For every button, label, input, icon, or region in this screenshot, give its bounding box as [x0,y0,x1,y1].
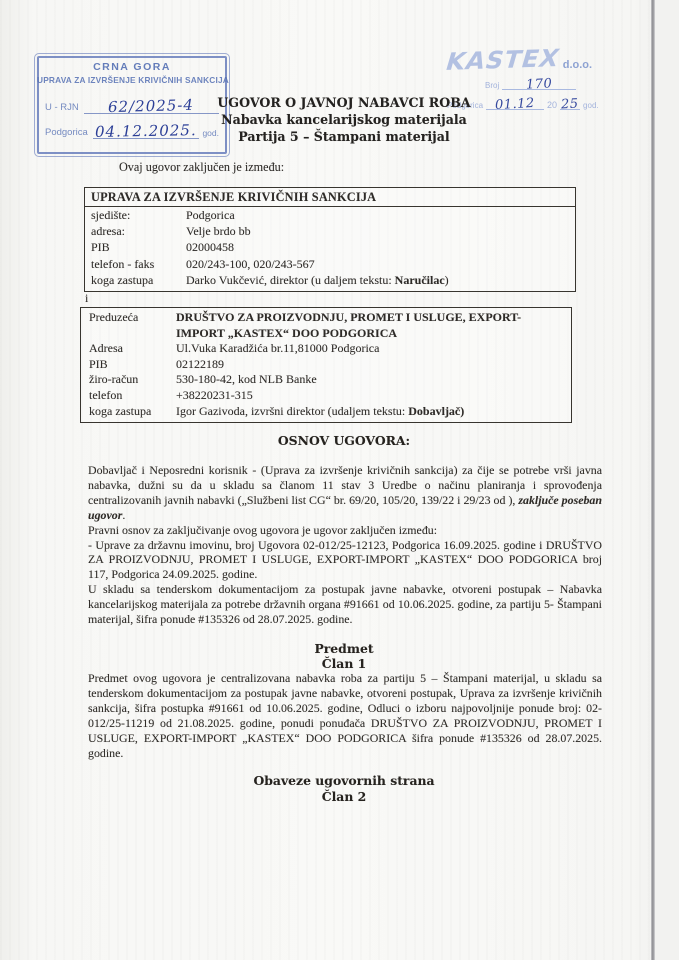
table-row: PIB 02122189 [81,357,571,373]
stamp-broj-line: 170 [502,74,576,90]
paragraph: U skladu sa tenderskom dokumentacijom za… [88,582,602,627]
clan1-body: Predmet ovog ugovora je centralizovana n… [88,671,602,760]
row-value-bold: Naručilac [395,273,445,287]
page-edge-margin [655,0,679,960]
row-value: Ul.Vuka Karadžića br.11,81000 Podgorica [176,341,563,357]
conjunction: i [85,291,88,306]
table-row: koga zastupa Darko Vukčević, direktor (u… [85,272,575,288]
stamp-organization: UPRAVA ZA IZVRŠENJE KRIVIČNIH SANKCIJA [37,75,219,85]
row-label: adresa: [91,223,186,239]
row-label: sjedište: [91,207,186,223]
osnov-body: Dobavljač i Neposredni korisnik - (Uprav… [88,463,602,627]
table-row: koga zastupa Igor Gazivoda, izvršni dire… [81,404,571,420]
stamp-country: CRNA GORA [45,61,219,73]
row-label: koga zastupa [91,272,186,288]
intro-line: Ovaj ugovor zaključen je između: [119,160,284,175]
company-logo-row: KASTEX d.o.o. [447,48,642,72]
row-value: Darko Vukčević, direktor (u daljem tekst… [186,272,569,288]
table-row: Adresa Ul.Vuka Karadžića br.11,81000 Pod… [81,341,571,357]
company-logo: KASTEX [443,46,563,74]
row-label: telefon - faks [91,256,186,272]
scanned-contract-page: CRNA GORA UPRAVA ZA IZVRŠENJE KRIVIČNIH … [0,0,679,960]
section-heading-predmet: Predmet [88,641,600,656]
party2-table: Preduzeća DRUŠTVO ZA PROIZVODNJU, PROMET… [80,307,572,423]
row-value: Igor Gazivoda, izvršni direktor (udaljem… [176,404,563,420]
stamp-broj-label: Broj [485,81,499,90]
row-value-text: ) [445,273,449,287]
contract-title: UGOVOR O JAVNOJ NABAVCI ROBA Nabavka kan… [88,94,600,145]
row-label: Adresa [89,341,176,357]
table-row: telefon +38220231-315 [81,388,571,404]
row-label: Preduzeća [89,310,176,341]
stamp-ref-label: U - RJN [45,102,79,114]
row-label: PIB [91,239,186,255]
section-heading-osnov: OSNOV UGOVORA: [88,433,600,448]
table-row: žiro-račun 530-180-42, kod NLB Banke [81,372,571,388]
section-heading-obaveze: Obaveze ugovornih strana [88,773,600,788]
table-row: telefon - faks 020/243-100, 020/243-567 [85,256,575,272]
row-value: Velje brdo bb [186,223,569,239]
row-value: 02122189 [176,357,563,373]
paragraph: Pravni osnov za zaključivanje ovog ugovo… [88,523,602,538]
contract-title-line2: Nabavka kancelarijskog materijala [88,111,600,128]
row-value: +38220231-315 [176,388,563,404]
handwritten-broj: 170 [526,76,553,92]
table-row: Preduzeća DRUŠTVO ZA PROIZVODNJU, PROMET… [81,310,571,341]
contract-title-line3: Partija 5 – Štampani materijal [88,128,600,145]
row-value: 530-180-42, kod NLB Banke [176,372,563,388]
row-label: žiro-račun [89,372,176,388]
stamp-broj-row: Broj 170 [485,74,642,90]
party1-header: UPRAVA ZA IZVRŠENJE KRIVIČNIH SANKCIJA [85,188,575,207]
row-value: DRUŠTVO ZA PROIZVODNJU, PROMET I USLUGE,… [176,310,563,341]
row-label: koga zastupa [89,404,176,420]
row-value: 02000458 [186,239,569,255]
row-value-text: Darko Vukčević, direktor (u daljem tekst… [186,273,395,287]
company-logo-suffix: d.o.o. [563,59,592,72]
table-row: sjedište: Podgorica [85,207,575,223]
row-value-bold: Dobavljač) [408,404,464,418]
row-value: Podgorica [186,207,569,223]
row-value-text: Igor Gazivoda, izvršni direktor (udaljem… [176,404,408,418]
row-label: telefon [89,388,176,404]
contract-title-line1: UGOVOR O JAVNOJ NABAVCI ROBA [88,94,600,111]
section-heading-clan2: Član 2 [88,789,600,804]
paragraph-text: . [122,508,125,522]
row-value: 020/243-100, 020/243-567 [186,256,569,272]
paragraph: Dobavljač i Neposredni korisnik - (Uprav… [88,463,602,523]
paragraph: Predmet ovog ugovora je centralizovana n… [88,671,602,760]
party1-table: UPRAVA ZA IZVRŠENJE KRIVIČNIH SANKCIJA s… [84,187,576,292]
paragraph: - Uprave za državnu imovinu, broj Ugovor… [88,538,602,583]
section-heading-clan1: Član 1 [88,656,600,671]
table-row: PIB 02000458 [85,239,575,255]
table-row: adresa: Velje brdo bb [85,223,575,239]
stamp-place-label: Podgorica [45,127,88,139]
row-label: PIB [89,357,176,373]
